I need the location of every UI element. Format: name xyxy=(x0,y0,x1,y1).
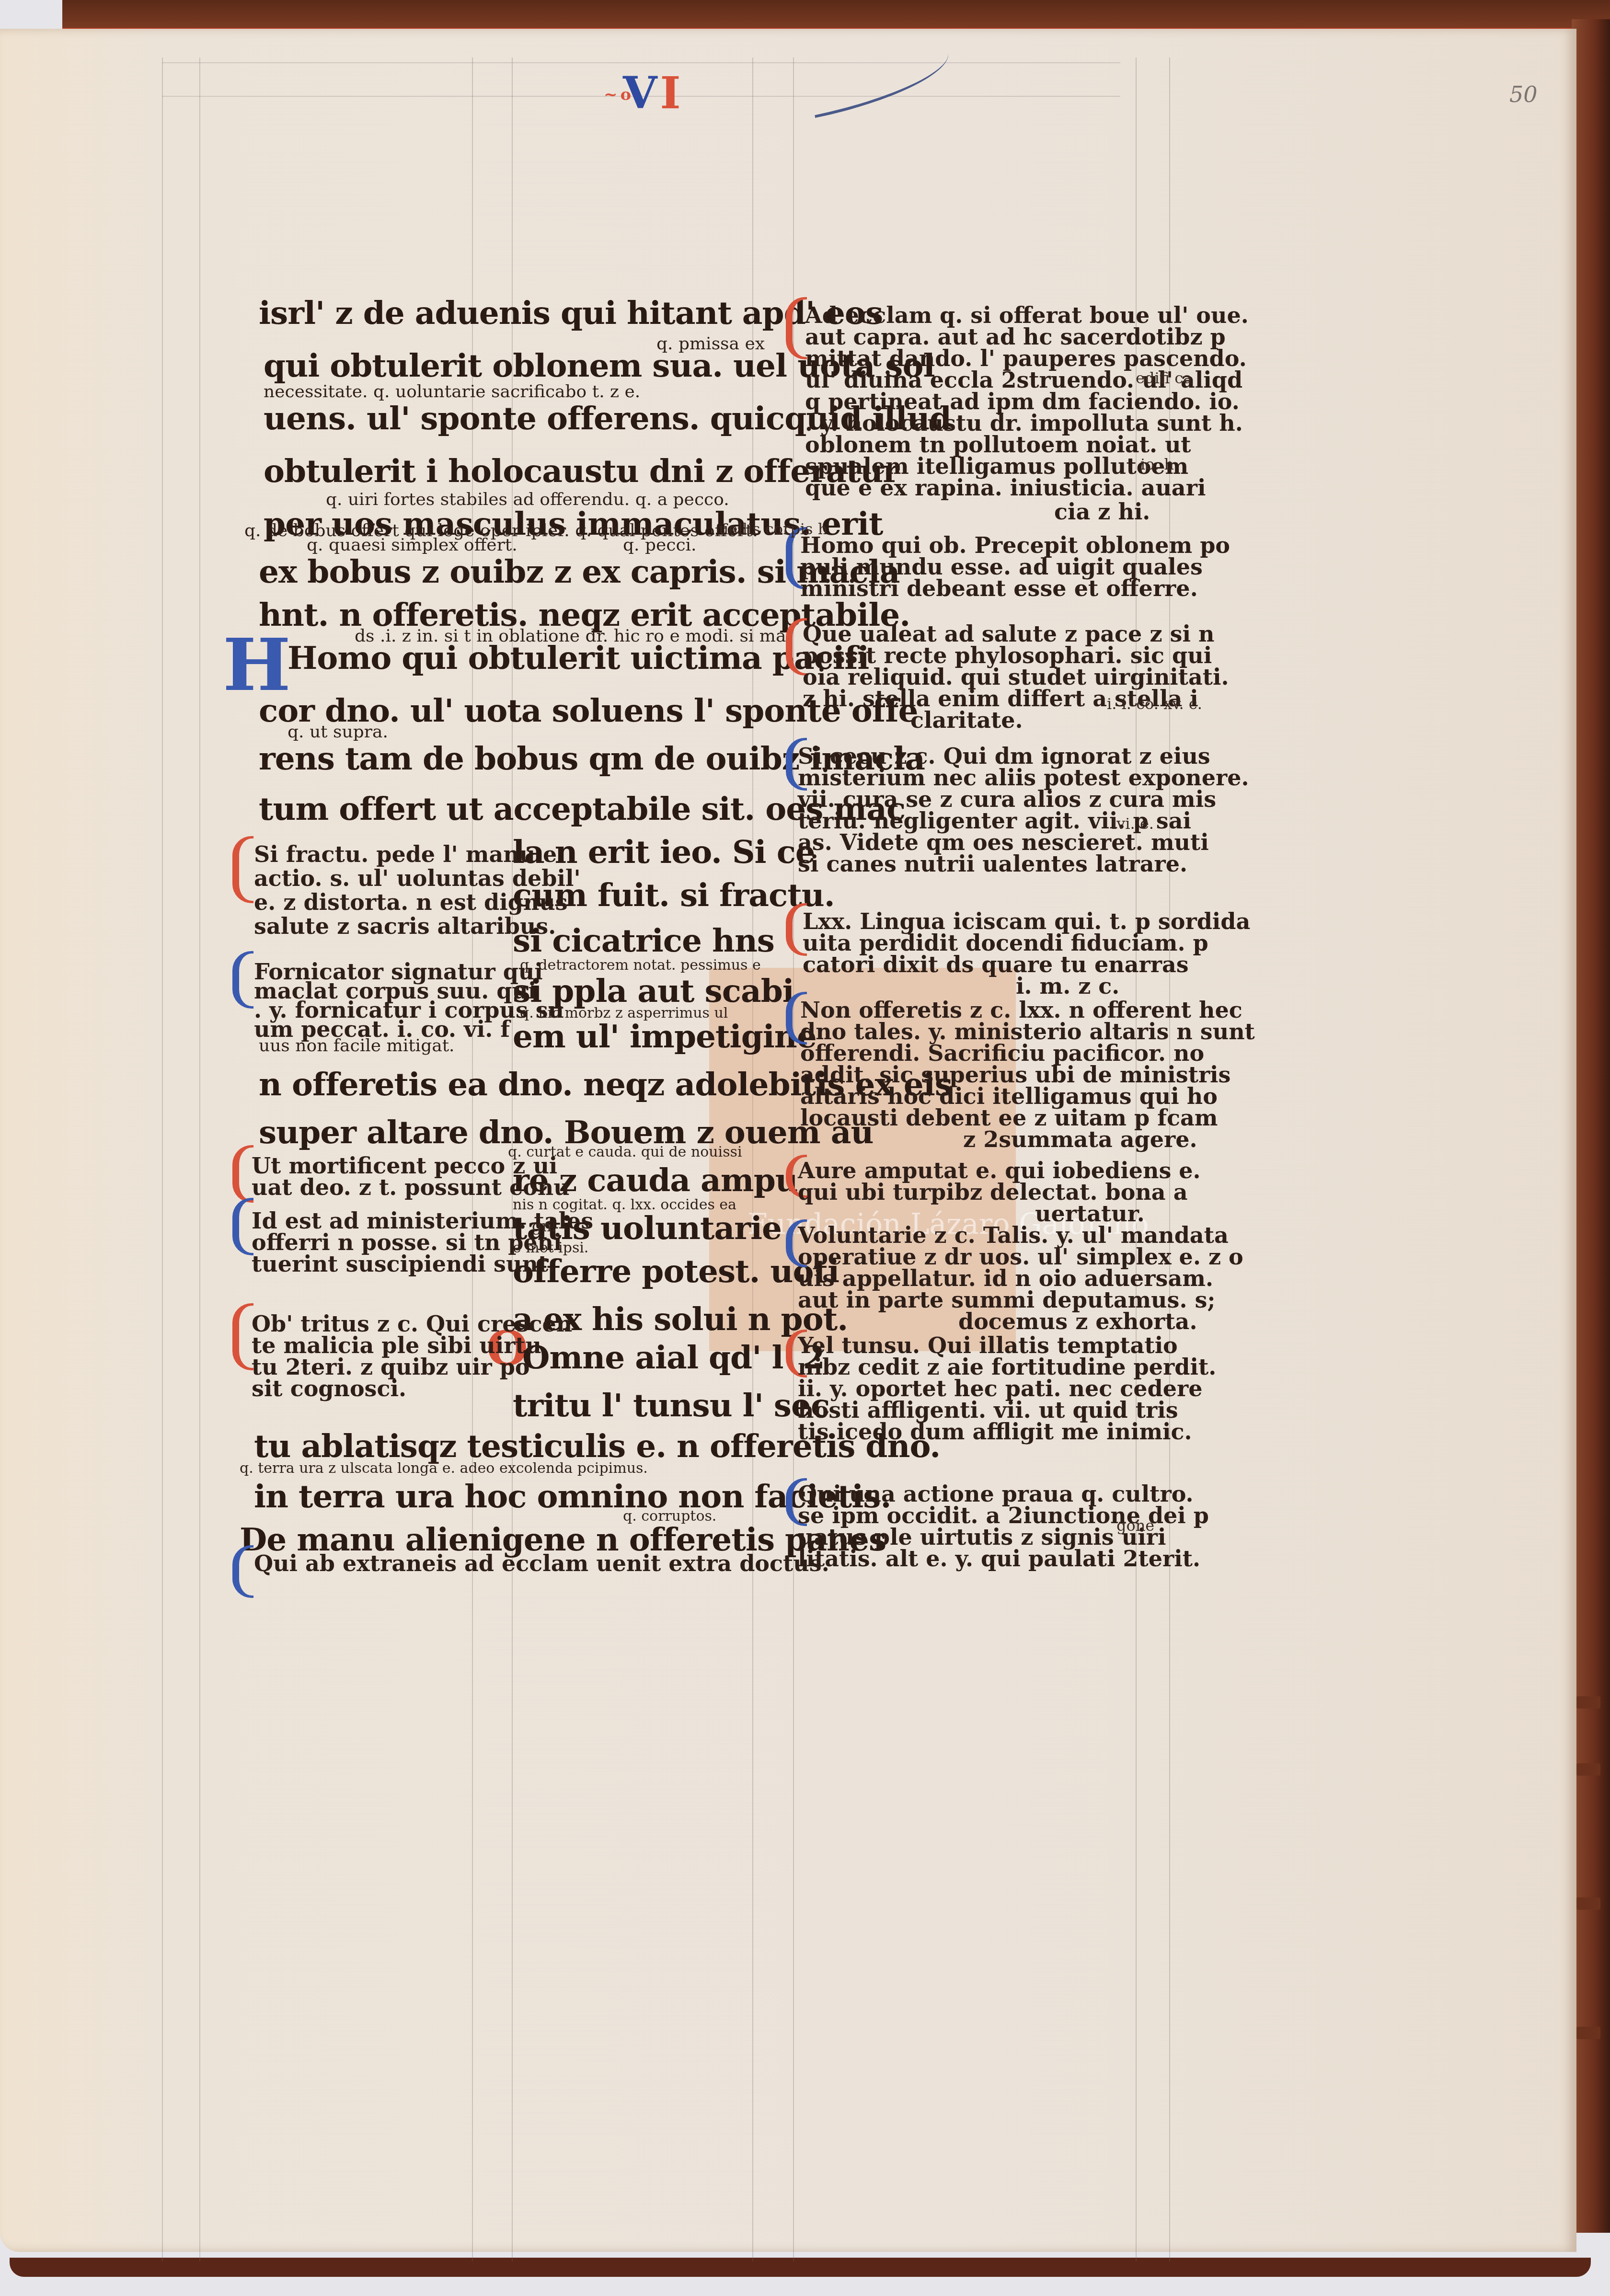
gloss-line: hosti affligenti. vii. ut quid tris xyxy=(798,1399,1178,1421)
margin-note: gn. xyxy=(532,1217,556,1235)
rubric-bracket xyxy=(232,1303,253,1370)
interlinear-gloss: necessitate. q. uoluntarie sacrificabo t… xyxy=(264,383,640,401)
gloss-line: catori dixit ds quare tu enarras xyxy=(803,953,1189,976)
gloss-line: salute z sacris altaribus. xyxy=(254,915,556,937)
text-line: obtulerit i holocaustu dni z offeratur xyxy=(264,455,899,487)
gloss-line: altaris hoc dici itelligamus qui ho xyxy=(800,1085,1218,1107)
gloss-line: i. m. z c. xyxy=(1016,975,1119,997)
gloss-line: cia z hi. xyxy=(1054,501,1150,523)
gloss-line: oia reliquid. qui studet uirginitati. xyxy=(803,666,1229,688)
gloss-line: tu 2teri. z quibz uir po xyxy=(252,1356,530,1378)
gloss-line: uita perdidit docendi fiduciam. p xyxy=(803,932,1208,954)
binding-clasp xyxy=(1576,1696,1600,1709)
gloss-line: actio. s. ul' uoluntas debil' xyxy=(254,867,580,889)
gloss-line: locausti debent ee z uitam p fcam xyxy=(800,1107,1218,1129)
folio-number: 50 xyxy=(1509,81,1538,107)
gloss-line: q pertineat ad ipm dm faciendo. io. xyxy=(805,390,1240,413)
gloss-line: Qui una actione praua q. cultro. xyxy=(798,1483,1194,1505)
gloss-line: Yel tunsu. Qui illatis temptatio xyxy=(798,1334,1178,1356)
gloss-line: Ad ecclam q. si offerat boue ul' oue. xyxy=(805,304,1249,326)
rubric-bracket xyxy=(786,297,807,359)
gloss-line: uat deo. z t. possunt conu xyxy=(252,1176,570,1198)
gloss-line: Que ualeat ad salute z pace z si n xyxy=(803,623,1214,645)
gloss-line: tis icedo dum affligit me inimic. xyxy=(798,1421,1192,1443)
ruling-line xyxy=(199,57,200,2262)
rubric-bracket xyxy=(232,836,253,903)
gloss-line: Aure amputat e. qui iobediens e. xyxy=(798,1159,1201,1182)
gloss-line: Non offeretis z c. lxx. n offerent hec xyxy=(800,999,1242,1021)
text-line: la n erit ieo. Si ce xyxy=(513,836,815,868)
gloss-line: uus non facile mitigat. xyxy=(259,1037,455,1055)
gloss-line: ministri debeant esse et offerre. xyxy=(800,577,1198,599)
gloss-line: Si cecu z c. Qui dm ignorat z eius xyxy=(798,745,1210,767)
text-line: tritu l' tunsu l' sec xyxy=(513,1389,829,1421)
rubric-bracket xyxy=(232,1198,253,1255)
gloss-line: litatis. alt e. y. qui paulati 2terit. xyxy=(798,1548,1200,1570)
gloss-line: possit recte phylosophari. sic qui xyxy=(803,644,1212,666)
gloss-line: Homo qui ob. Precepit oblonem po xyxy=(800,534,1230,556)
gloss-line: que e ex rapina. iniusticia. auari xyxy=(805,477,1206,499)
gloss-line: sit cognosci. xyxy=(252,1378,406,1400)
gloss-line: as. Videte qm oes nescieret. muti xyxy=(798,831,1209,853)
text-line: em ul' impetigine xyxy=(513,1021,816,1052)
gloss-line: puli mundu esse. ad uigit quales xyxy=(800,556,1203,578)
book-cover-bottom-edge xyxy=(10,2258,1591,2277)
gloss-line: mittat dando. l' pauperes pascendo. xyxy=(805,347,1247,369)
gloss-line: offerendi. Sacrificiu pacificor. no xyxy=(800,1042,1204,1064)
margin-note: i. i. co. xv. c. xyxy=(1107,695,1202,713)
text-line: Homo qui obtulerit uictima pacifi xyxy=(287,642,869,674)
gloss-line: Ob' tritus z c. Qui crescen xyxy=(252,1313,572,1335)
gloss-line: . y. holocaustu dr. impolluta sunt h. xyxy=(805,412,1243,434)
running-head-flourish: ~ο xyxy=(604,85,634,104)
ruling-line xyxy=(162,57,163,2262)
gloss-line: offerri n posse. si tn peni xyxy=(252,1231,562,1253)
margin-note: gone xyxy=(1116,1516,1154,1535)
binding-clasp xyxy=(1576,2027,1600,2039)
gloss-line: claritate. xyxy=(910,709,1023,731)
gloss-line: Voluntarie z c. Talis. y. ul' mandata xyxy=(798,1224,1229,1246)
running-head: ~ο VI xyxy=(623,67,683,119)
gloss-line: spualem itelligamus pollutoem xyxy=(805,455,1188,477)
gloss-line: e. z distorta. n est dignus xyxy=(254,891,568,913)
gloss-line: Lxx. Lingua iciscam qui. t. p sordida xyxy=(803,910,1250,932)
running-head-i: I xyxy=(660,67,683,119)
text-line: Omne aial qd' l' 2 xyxy=(522,1342,825,1373)
margin-note: edifi ca xyxy=(1136,369,1192,387)
gloss-line: addit. sic superius ubi de ministris xyxy=(800,1064,1230,1086)
gloss-line: misterium nec aliis potest exponere. xyxy=(798,767,1249,789)
binding-clasp xyxy=(1576,1897,1600,1910)
ruling-line xyxy=(162,62,1120,63)
gloss-line: dno tales. y. ministerio altaris n sunt xyxy=(800,1021,1255,1043)
interlinear-gloss: q. terra ura z ulscata longa e. adeo exc… xyxy=(240,1461,648,1476)
gloss-line: ii. y. oportet hec pati. nec cedere xyxy=(798,1378,1202,1400)
interlinear-gloss: q. ut supra. xyxy=(287,723,388,741)
gloss-line: nibz cedit z aie fortitudine perdit. xyxy=(798,1356,1216,1378)
gloss-line: te malicia ple sibi uirtu xyxy=(252,1334,541,1356)
gloss-line: uis appellatur. id n oio aduersam. xyxy=(798,1267,1213,1289)
gloss-line: Qui ab extraneis ad ecclam uenit extra d… xyxy=(254,1552,829,1574)
gloss-line: uertatur. xyxy=(1035,1203,1145,1225)
gloss-line: Si fractu. pede l' manu e xyxy=(254,843,557,865)
interlinear-gloss: q. pecci. xyxy=(623,537,697,554)
margin-note: io. h xyxy=(1140,455,1174,473)
interlinear-gloss: q. detractorem notat. pessimus e xyxy=(520,958,761,973)
interlinear-gloss: q. quaesi simplex offert. xyxy=(307,537,517,554)
margin-note: uellis corpis h xyxy=(719,520,828,538)
gloss-line: z 2summata agere. xyxy=(963,1128,1197,1150)
book-cover-top-edge xyxy=(62,0,1610,30)
gloss-line: aut capra. aut ad hc sacerdotibz p xyxy=(805,326,1226,348)
margin-note: lvi. e. xyxy=(1112,815,1154,833)
gloss-line: oblonem tn pollutoem noiat. ut xyxy=(805,434,1191,456)
gloss-line: si canes nutrii ualentes latrare. xyxy=(798,853,1187,875)
gloss-line: vii. cura se z cura alios z cura mis xyxy=(798,788,1216,810)
gloss-line: docemus z exhorta. xyxy=(958,1310,1197,1332)
gloss-line: operatiue z dr uos. ul' simplex e. z o xyxy=(798,1246,1243,1268)
gloss-line: qui ubi turpibz delectat. bona a xyxy=(798,1181,1188,1203)
gloss-line: tuerint suscipiendi sunt. xyxy=(252,1253,556,1275)
gloss-line: aut in parte summi deputamus. s; xyxy=(798,1289,1215,1311)
rubric-bracket xyxy=(232,1145,253,1203)
rubric-bracket xyxy=(232,951,253,1009)
binding-clasp xyxy=(1576,1763,1600,1776)
gloss-line: uatus ple uirtutis z signis uiri xyxy=(798,1526,1166,1548)
gloss-line: Ut mortificent pecco z ui xyxy=(252,1155,557,1177)
